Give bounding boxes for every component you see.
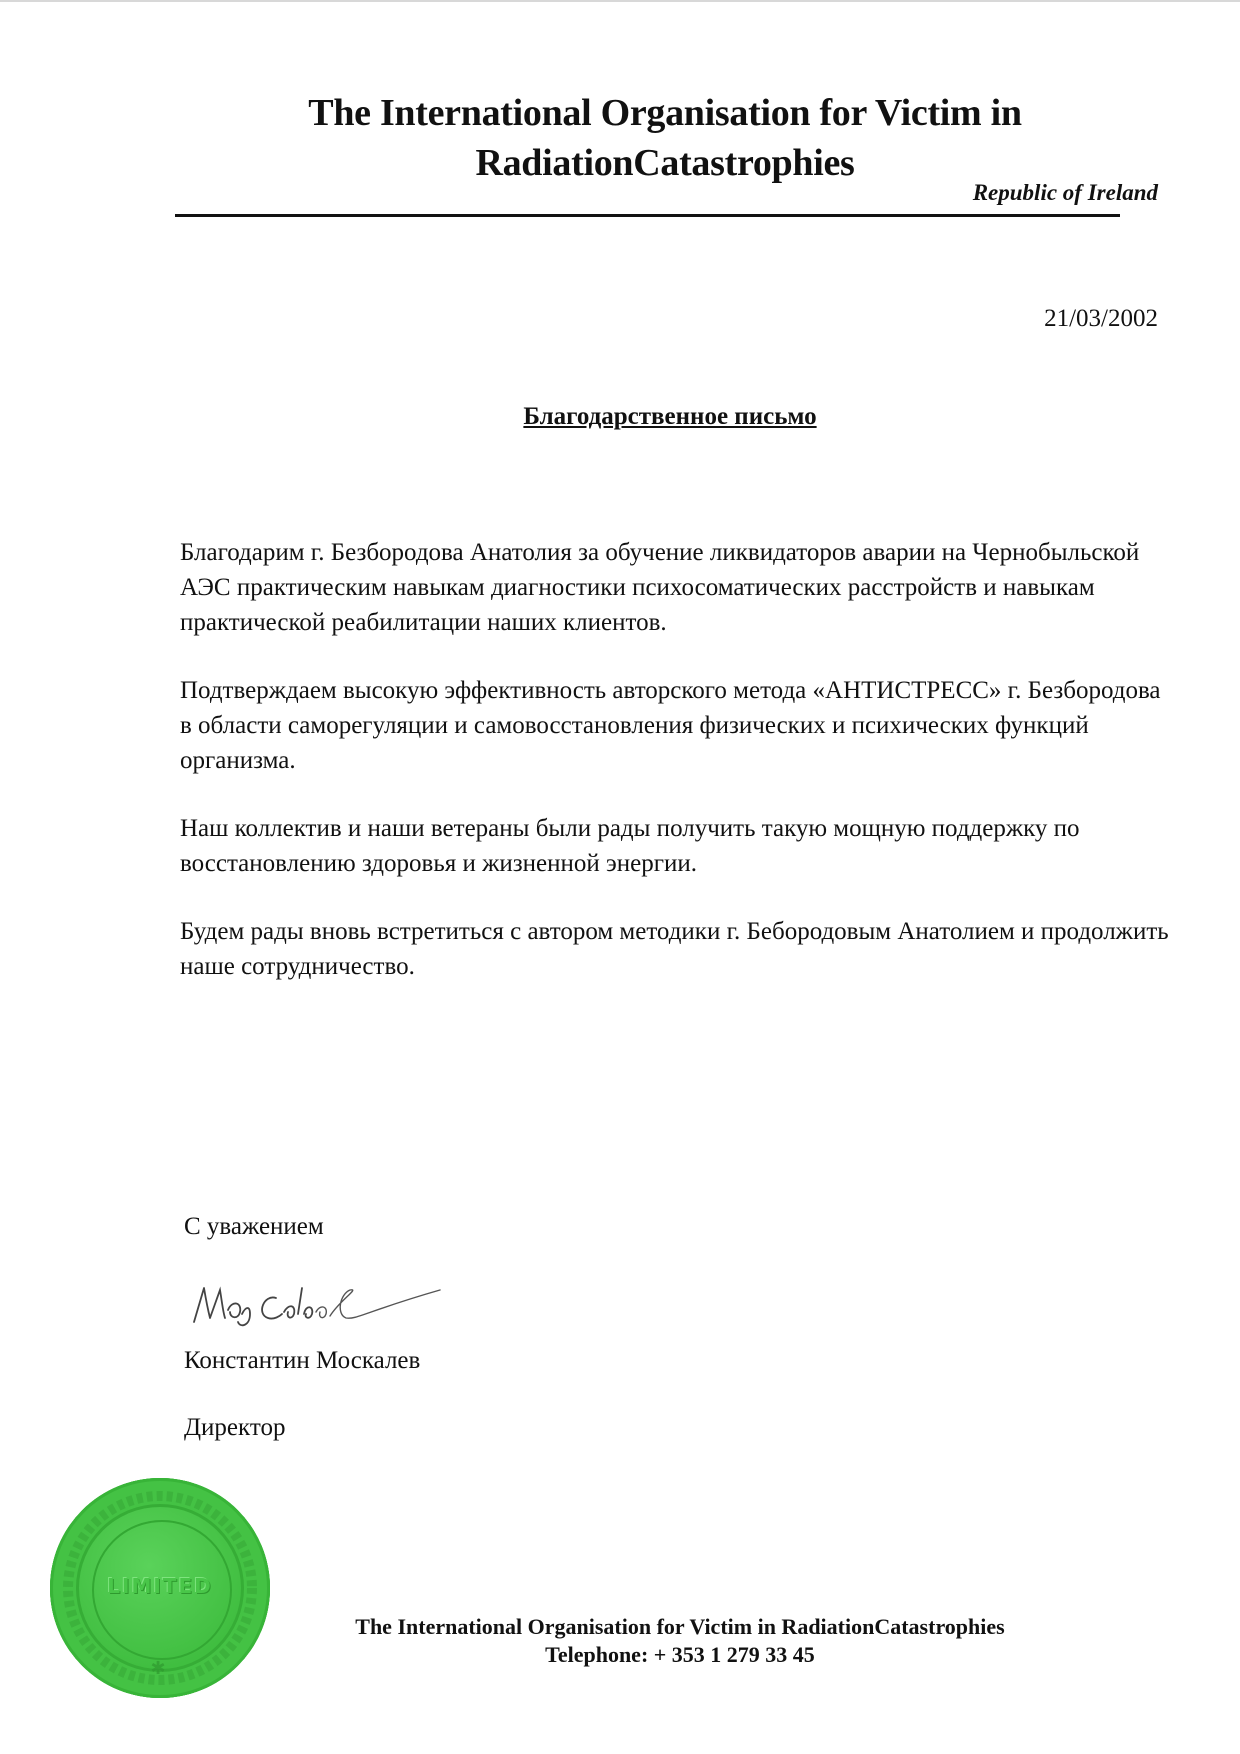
closing-salutation: С уважением (184, 1213, 324, 1241)
signer-name: Константин Москалев (184, 1347, 420, 1375)
page-edge (0, 0, 1240, 2)
letter-date: 21/03/2002 (1044, 305, 1158, 333)
footer-telephone: Telephone: + 353 1 279 33 45 (290, 1641, 1070, 1669)
letter-footer: The International Organisation for Victi… (290, 1613, 1070, 1669)
footer-org-name: The International Organisation for Victi… (290, 1613, 1070, 1641)
embossed-seal: ✱ LIMITED (50, 1478, 270, 1698)
signature-icon (190, 1270, 450, 1330)
body-paragraph: Благодарим г. Безбородова Анатолия за об… (180, 535, 1170, 640)
body-paragraph: Будем рады вновь встретиться с автором м… (180, 914, 1170, 984)
letterhead-divider (175, 214, 1120, 217)
handwritten-signature (190, 1270, 450, 1330)
seal-text: LIMITED (50, 1574, 270, 1598)
letterhead-title-line1: The International Organisation for Victi… (0, 88, 1240, 138)
signer-title: Директор (184, 1414, 285, 1442)
body-paragraph: Наш коллектив и наши ветераны были рады … (180, 811, 1170, 881)
letter-body: Благодарим г. Безбородова Анатолия за об… (180, 535, 1170, 1017)
letterhead-country: Republic of Ireland (973, 180, 1158, 206)
body-paragraph: Подтверждаем высокую эффективность автор… (180, 673, 1170, 778)
svg-text:✱: ✱ (150, 1658, 165, 1679)
letter-title: Благодарственное письмо (0, 403, 1240, 431)
letterhead-title: The International Organisation for Victi… (0, 88, 1240, 188)
